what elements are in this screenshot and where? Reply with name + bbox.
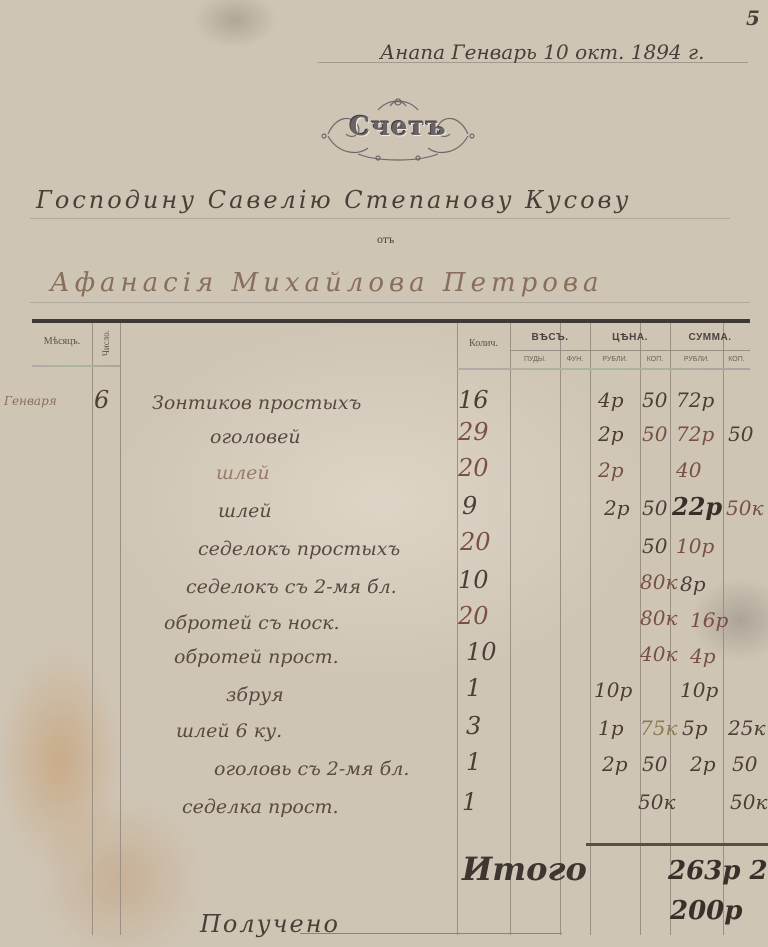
row-qty: 10 [458,566,489,594]
row-description: збруя [226,684,284,706]
row-sum-rub: 4р [690,644,716,668]
row-price-kop: 80к [640,570,677,594]
header-price-kop: КОП. [640,356,670,363]
total-rule [586,843,768,846]
col-rule [120,323,121,935]
row-sum-kop: 50к [730,790,767,814]
row-price-rub: 2р [602,752,628,776]
row-price-rub: 4р [598,388,624,412]
row-sum-rub: 16р [690,608,728,632]
row-sum-rub: 22р [672,492,722,521]
row-description: обротей съ носк. [164,612,340,634]
from-label: отъ [377,232,394,247]
row-price-kop: 50 [642,752,667,776]
col-rule [560,323,561,935]
subheader-rule [510,350,750,351]
row-sum-rub: 8р [680,572,706,596]
row-description: оголовь съ 2-мя бл. [214,758,409,780]
row-description: шлей [216,462,270,484]
row-sum-rub: 10р [680,678,718,702]
row-sum-kop: 50 [732,752,757,776]
row-qty: 10 [466,638,497,666]
row-sum-rub: 2р [690,752,716,776]
row-description: оголовей [210,426,301,448]
row-qty: 1 [462,788,477,816]
row-description: Зонтиков простыхъ [152,392,361,414]
row-qty: 20 [458,454,489,482]
sender: Афанасія Михайлова Петрова [50,268,604,298]
row-price-rub: 2р [598,422,624,446]
row-sum-rub: 40 [676,458,701,482]
row-price-kop: 50 [642,422,667,446]
addressee-rule [30,218,730,219]
header-sum-kop: КОП. [723,356,750,363]
col-rule [510,323,511,935]
header-sum: СУММА. [670,332,750,343]
row-qty: 1 [466,748,481,776]
total-value: 263р 25к [668,856,768,886]
row-qty: 20 [458,602,489,630]
row-qty: 29 [458,418,489,446]
row-description: седелокъ съ 2-мя бл. [186,576,397,598]
dateline: Анапа Генварь 10 окт. 1894 г. [380,40,704,64]
row-description: шлей 6 ку. [176,720,282,742]
row-qty: 16 [458,386,489,414]
invoice-title-ornament: Счетъ [318,96,478,166]
row-sum-kop: 50 [728,422,753,446]
row-qty: 20 [460,528,491,556]
header-qty: Колич. [457,338,510,349]
row-price-kop: 80к [640,606,677,630]
row-price-kop: 50 [642,496,667,520]
row-price-kop: 50 [642,534,667,558]
received-label: Получено [200,910,340,938]
sender-rule [30,302,750,303]
row-sum-rub: 5р [682,716,708,740]
row-qty: 9 [462,492,477,520]
header-weight-funts: ФУН. [560,356,590,363]
received-value: 200р [670,896,742,926]
row-qty: 1 [466,674,481,702]
row-sum-kop: 25к [728,716,765,740]
row-price-rub: 2р [604,496,630,520]
row-sum-rub: 10р [676,534,714,558]
row-qty: 3 [466,712,481,740]
row-description: шлей [218,500,272,522]
header-price: ЦѢНА. [590,332,670,343]
row-price-rub: 2р [598,458,624,482]
header-bottom-rule [457,368,750,370]
row-price-rub: 10р [594,678,632,702]
row-price-rub: 1р [598,716,624,740]
table-top-rule [32,319,750,323]
header-price-rub: РУБЛИ. [590,356,640,363]
row-description: седелокъ простыхъ [198,538,400,560]
row-sum-rub: 72р [676,388,714,412]
row-price-kop: 50к [638,790,675,814]
row-sum-kop: 50к [726,496,763,520]
header-weight: ВѢСЪ. [510,332,590,343]
day-value: 6 [94,386,109,414]
page-mark: 5 [746,6,760,30]
row-price-kop: 75к [640,716,677,740]
total-label: Итого [462,850,587,888]
row-price-kop: 40к [640,642,677,666]
header-day: Число. [101,315,111,371]
header-weight-puds: ПУДЫ. [510,356,560,363]
invoice-title: Счетъ [342,112,454,142]
row-description: обротей прост. [174,646,339,668]
row-price-kop: 50 [642,388,667,412]
row-description: седелка прост. [182,796,339,818]
col-rule [92,323,93,935]
header-month: Мѣсяцъ. [32,336,92,347]
month-value: Генваря [4,394,57,408]
row-sum-rub: 72р [676,422,714,446]
header-sum-rub: РУБЛИ. [670,356,723,363]
addressee: Господину Савелію Степанову Кусову [36,186,631,214]
